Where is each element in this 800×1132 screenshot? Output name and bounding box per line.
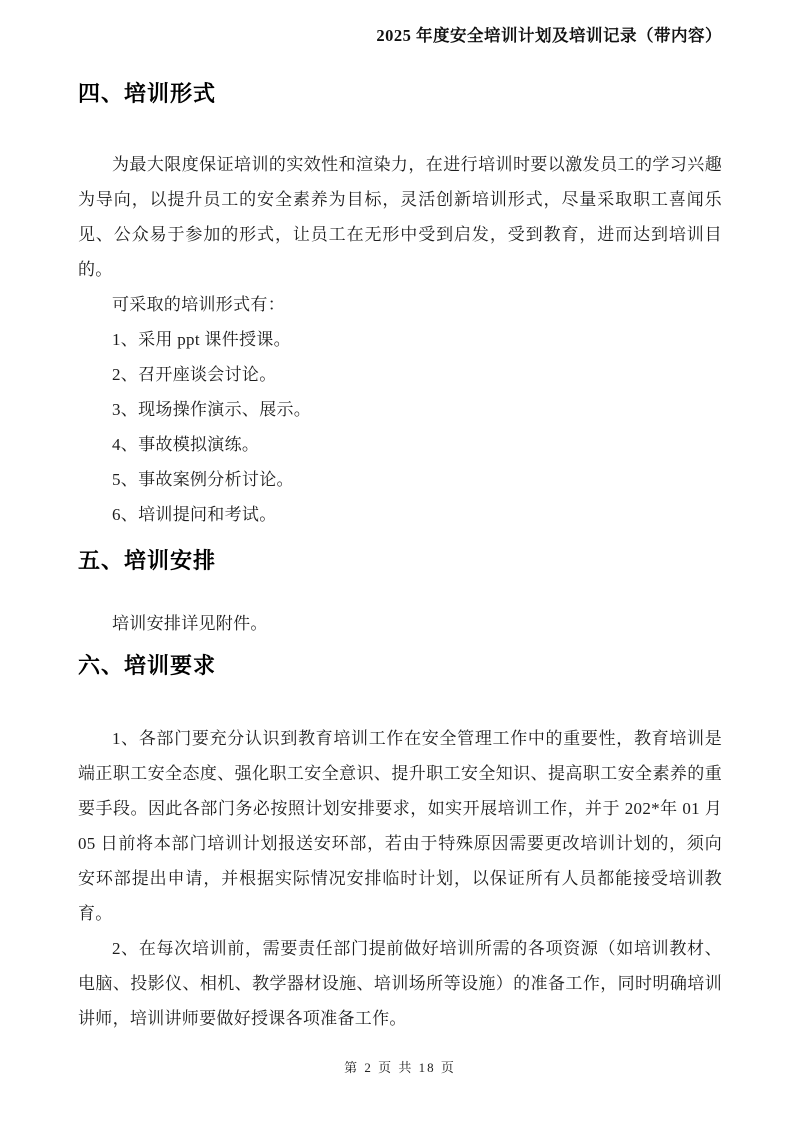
list-item-training-form-6: 6、培训提问和考试。 (78, 497, 722, 532)
list-item-training-form-3: 3、现场操作演示、展示。 (78, 392, 722, 427)
section-heading-training-forms: 四、培训形式 (78, 79, 722, 109)
paragraph-schedule-attachment-note: 培训安排详见附件。 (78, 606, 722, 641)
document-page: 2025 年度安全培训计划及培训记录（带内容） 四、培训形式 为最大限度保证培训… (0, 0, 800, 1132)
list-item-training-form-1: 1、采用 ppt 课件授课。 (78, 322, 722, 357)
section-heading-training-schedule: 五、培训安排 (78, 546, 722, 576)
section-heading-training-requirements: 六、培训要求 (78, 651, 722, 681)
paragraph-list-lead: 可采取的培训形式有： (78, 287, 722, 322)
list-item-training-form-5: 5、事故案例分析讨论。 (78, 462, 722, 497)
paragraph-requirement-1: 1、各部门要充分认识到教育培训工作在安全管理工作中的重要性，教育培训是端正职工安… (78, 721, 722, 931)
document-header-title: 2025 年度安全培训计划及培训记录（带内容） (78, 25, 722, 47)
paragraph-requirement-2: 2、在每次培训前，需要责任部门提前做好培训所需的各项资源（如培训教材、电脑、投影… (78, 931, 722, 1036)
page-number-footer: 第 2 页 共 18 页 (0, 1057, 800, 1076)
list-item-training-form-2: 2、召开座谈会讨论。 (78, 357, 722, 392)
document-content: 2025 年度安全培训计划及培训记录（带内容） 四、培训形式 为最大限度保证培训… (0, 25, 800, 1036)
paragraph-training-forms-intro: 为最大限度保证培训的实效性和渲染力，在进行培训时要以激发员工的学习兴趣为导向，以… (78, 147, 722, 287)
list-item-training-form-4: 4、事故模拟演练。 (78, 427, 722, 462)
